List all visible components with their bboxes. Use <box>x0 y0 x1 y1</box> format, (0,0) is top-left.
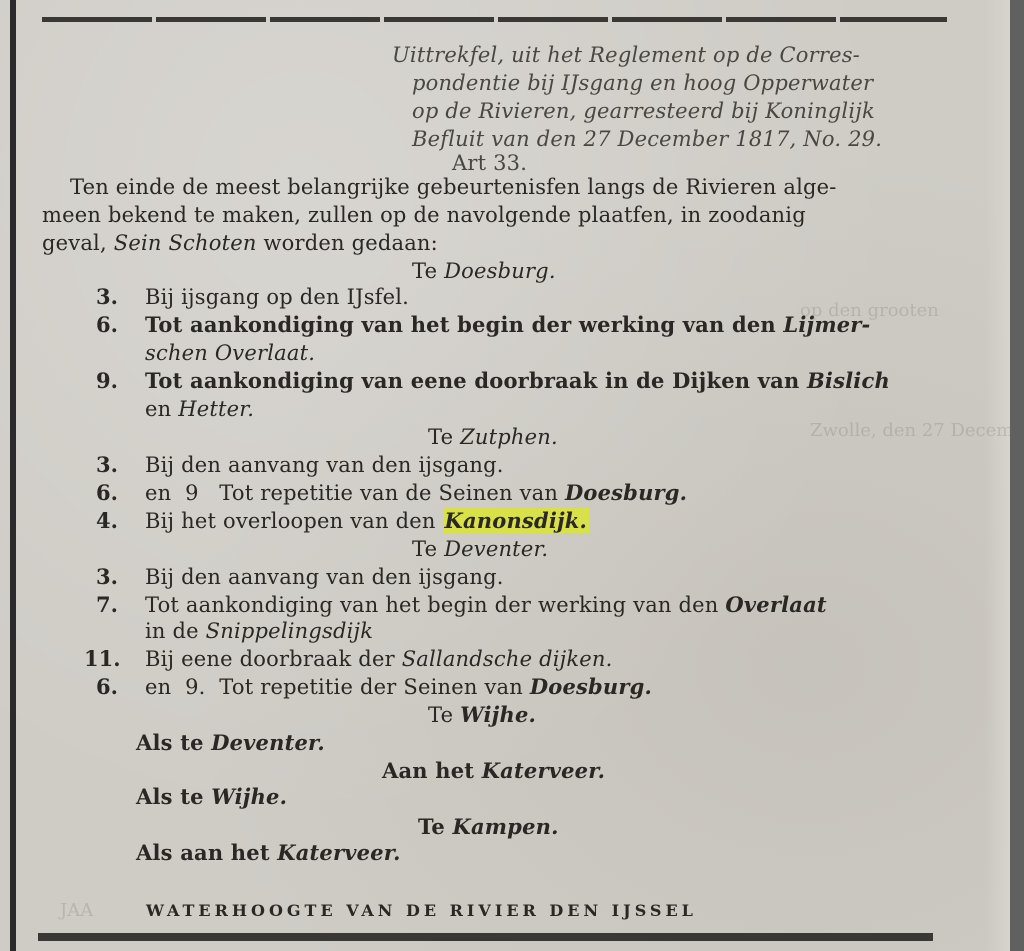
heading-place: Deventer. <box>444 537 548 561</box>
item-number: 6. <box>96 312 118 338</box>
item-text-plain: en 9. Tot repetitie der Seinen van <box>145 675 530 699</box>
heading-prefix: Aan het <box>382 758 482 783</box>
item-number: 4. <box>96 508 118 534</box>
item-text-italic: Snippelingsdijk <box>206 619 374 643</box>
newspaper-page: op den grooten Zwolle, den 27 December J… <box>0 0 1010 951</box>
heading-prefix: Te <box>428 703 460 727</box>
item-text-italic: Overlaat <box>725 592 826 617</box>
bleed-through-text: JAA <box>60 900 93 921</box>
item-text: Tot aankondiging van het begin der werki… <box>145 312 870 338</box>
bleed-through-text: Zwolle, den 27 December <box>810 420 1024 441</box>
item-text: Bij den aanvang van den ijsgang. <box>145 452 504 478</box>
item-number: 11. <box>84 646 121 672</box>
heading-place: Katerveer. <box>482 758 605 783</box>
item-number: 6. <box>96 674 118 700</box>
item-continuation: schen Overlaat. <box>145 340 315 366</box>
item-number: 9. <box>96 368 118 394</box>
header-line-4: Befluit van den 27 December 1817, No. 29… <box>412 126 882 152</box>
item-text: Tot aankondiging van het begin der werki… <box>145 592 827 618</box>
item-number: 3. <box>96 452 118 478</box>
heading-prefix: Te <box>418 814 453 839</box>
viewer-edge <box>1010 0 1024 951</box>
item-text-italic: Deventer. <box>211 730 325 755</box>
intro-italic-term: Sein Schoten <box>114 231 257 255</box>
item-text: en 9 Tot repetitie van de Seinen van Doe… <box>145 480 687 506</box>
item-text: Als te Deventer. <box>136 730 325 756</box>
item-number: 3. <box>96 564 118 590</box>
item-text-plain: Als te <box>136 730 211 755</box>
intro-line-3: geval, Sein Schoten worden gedaan: <box>42 230 438 256</box>
heading-place: Kampen. <box>453 814 559 839</box>
intro-text: worden gedaan: <box>257 231 438 255</box>
heading-prefix: Te <box>428 425 460 449</box>
footer-heading: WATERHOOGTE VAN DE RIVIER DEN IJSSEL <box>146 898 697 924</box>
item-text: Bij het overloopen van den Kanonsdijk. <box>145 508 589 534</box>
bottom-divider-rule <box>38 933 933 941</box>
item-text: Als te Wijhe. <box>136 784 287 810</box>
item-text: Bij den aanvang van den ijsgang. <box>145 564 504 590</box>
item-text-italic: Sallandsche dijken. <box>402 647 613 671</box>
item-text-plain: en 9 Tot repetitie van de Seinen van <box>145 481 565 505</box>
intro-text: geval, <box>42 231 114 255</box>
item-number: 7. <box>96 592 118 618</box>
item-text-plain: Tot aankondiging van het begin der werki… <box>145 593 725 617</box>
item-text-italic: Katerveer. <box>277 840 400 865</box>
header-line-1: Uittrekfel, uit het Reglement op de Corr… <box>392 42 860 68</box>
item-text-plain: in de <box>145 619 206 643</box>
item-text-italic: Bislich <box>807 368 890 393</box>
item-text-plain: Bij het overloopen van den <box>145 509 443 533</box>
heading-prefix: Te <box>412 537 444 561</box>
item-text-plain: Tot aankondiging van het begin der werki… <box>145 312 783 337</box>
section-heading-zutphen: Te Zutphen. <box>428 424 558 450</box>
header-line-2: pondentie bij IJsgang en hoog Opperwater <box>412 70 873 96</box>
section-heading-wijhe: Te Wijhe. <box>428 702 536 728</box>
item-text: Bij ijsgang op den IJsfel. <box>145 284 409 310</box>
item-text: en 9. Tot repetitie der Seinen van Doesb… <box>145 674 652 700</box>
section-heading-kampen: Te Kampen. <box>418 814 559 840</box>
article-number: Art 33. <box>452 150 527 176</box>
intro-line-1: Ten einde de meest belangrijke gebeurten… <box>70 174 837 200</box>
item-text: Bij eene doorbraak der Sallandsche dijke… <box>145 646 613 672</box>
section-heading-deventer: Te Deventer. <box>412 536 548 562</box>
item-continuation: in de Snippelingsdijk <box>145 618 373 644</box>
item-text-italic: Wijhe. <box>211 784 287 809</box>
section-heading-katerveer: Aan het Katerveer. <box>382 758 605 784</box>
heading-place: Doesburg. <box>444 259 556 283</box>
item-text: Tot aankondiging van eene doorbraak in d… <box>145 368 890 394</box>
paper-edge <box>985 0 1010 951</box>
item-text-italic: Doesburg. <box>565 480 687 505</box>
heading-place: Wijhe. <box>460 702 536 727</box>
item-text-plain: en <box>145 397 178 421</box>
item-text-plain: Als aan het <box>136 840 277 865</box>
heading-prefix: Te <box>412 259 444 283</box>
item-text-plain: Bij eene doorbraak der <box>145 647 402 671</box>
item-text-plain: Als te <box>136 784 211 809</box>
item-text-italic: Hetter. <box>178 397 254 421</box>
item-text: Als aan het Katerveer. <box>136 840 401 866</box>
item-text-plain: Tot aankondiging van eene doorbraak in d… <box>145 368 807 393</box>
section-heading-doesburg: Te Doesburg. <box>412 258 556 284</box>
heading-place: Zutphen. <box>460 425 558 449</box>
item-number: 3. <box>96 284 118 310</box>
header-line-3: op de Rivieren, gearresteerd bij Koningl… <box>412 98 875 124</box>
item-number: 6. <box>96 480 118 506</box>
intro-line-2: meen bekend te maken, zullen op de navol… <box>42 202 806 228</box>
item-text-italic: Doesburg. <box>530 674 652 699</box>
item-text-italic: Lijmer- <box>783 312 870 337</box>
highlighted-term-kanonsdijk[interactable]: Kanonsdijk. <box>443 508 590 533</box>
item-continuation: en Hetter. <box>145 396 254 422</box>
left-column-rule <box>10 0 16 951</box>
top-divider-rule <box>42 17 947 22</box>
